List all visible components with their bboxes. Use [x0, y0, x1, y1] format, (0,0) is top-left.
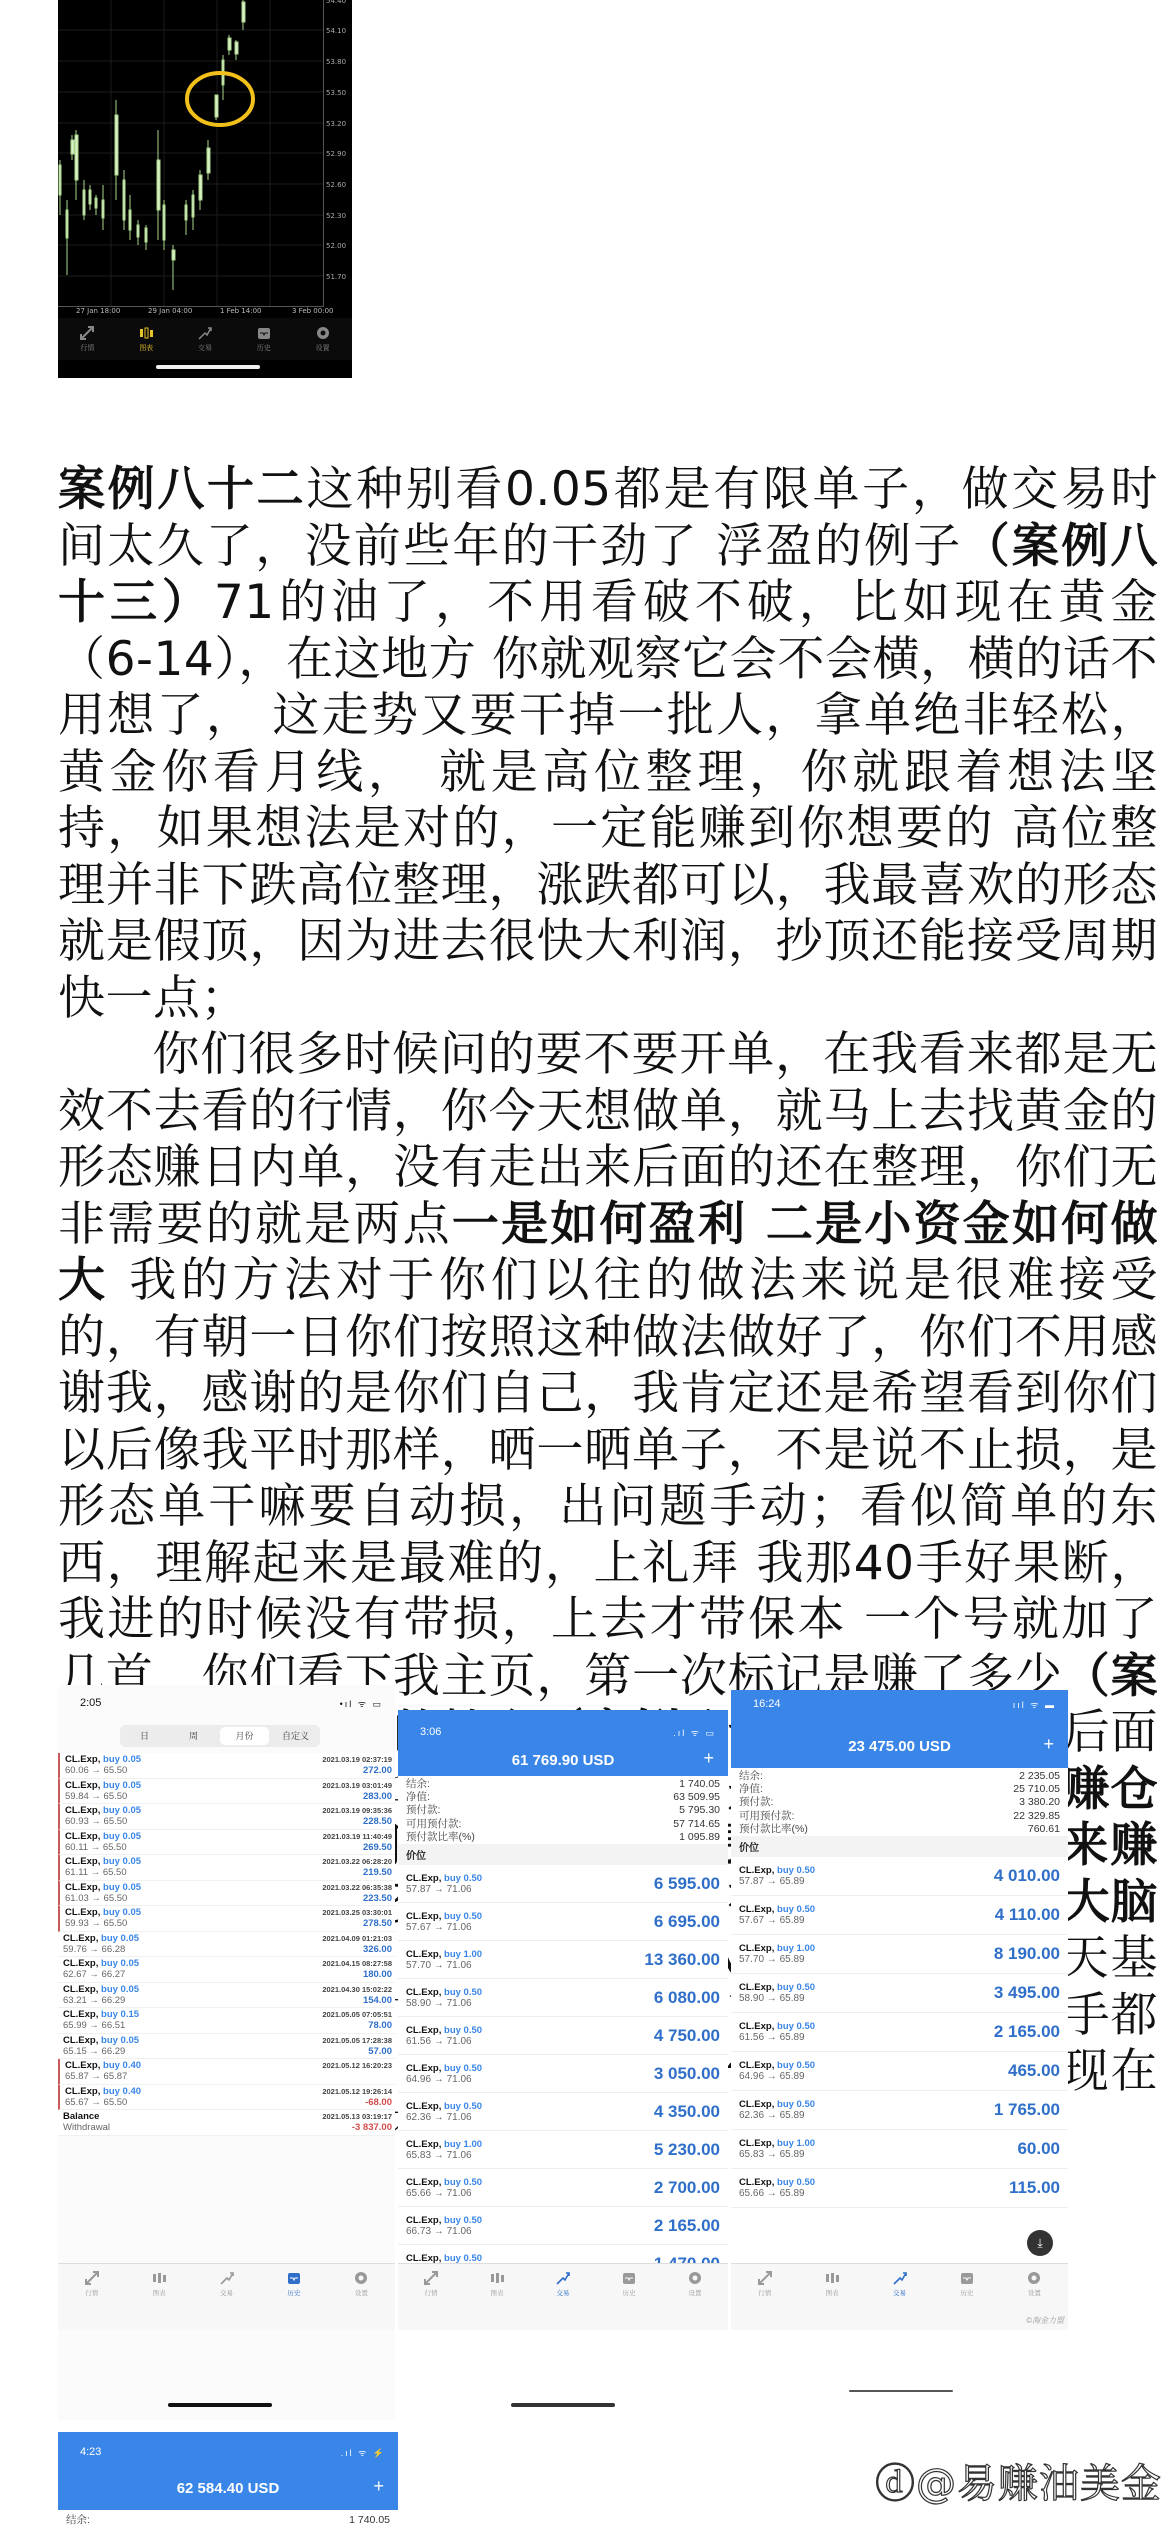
- tab-settings[interactable]: 设置: [293, 318, 352, 360]
- price-range: 64.96 → 65.89: [739, 2071, 815, 2082]
- floating-profit: 1 765.00: [994, 2100, 1060, 2120]
- symbol: CL.Exp, buy 0.50: [739, 2060, 815, 2071]
- position-info: CL.Exp, buy 0.5057.67 → 71.06: [406, 1911, 482, 1933]
- order-side: buy 1.00: [444, 1949, 482, 1960]
- tab-label: 交易: [220, 2288, 233, 2297]
- position-info: CL.Exp, buy 0.5062.36 → 71.06: [406, 2101, 482, 2123]
- tab-label: 行情: [425, 2288, 438, 2297]
- home-indicator: [156, 365, 260, 369]
- account-label: 结余:: [66, 2514, 90, 2527]
- account-header: 4:23 .ıl ᯤ ⚡ 62 584.40 USD +: [58, 2432, 398, 2510]
- symbol-name: CL.Exp,: [406, 1987, 441, 1998]
- position-info: CL.Exp, buy 0.5065.66 → 65.89: [739, 2177, 815, 2199]
- order-side: buy 0.05: [101, 1933, 139, 1944]
- position-row[interactable]: CL.Exp, buy 0.5057.67 → 71.066 695.00: [398, 1903, 728, 1941]
- profit: 154.00: [363, 1995, 392, 2006]
- y-tick: 54.10: [326, 27, 346, 35]
- position-row[interactable]: CL.Exp, buy 0.5057.87 → 71.066 595.00: [398, 1865, 728, 1903]
- author-watermark: ⓓ@易赚油美金: [875, 2452, 1162, 2509]
- order-side: buy 0.05: [103, 1907, 141, 1918]
- order-side: buy 0.05: [103, 1754, 141, 1765]
- symbol-name: CL.Exp,: [406, 1949, 441, 1960]
- chart-tabbar: 行情 图表 交易 历史 设置: [58, 318, 352, 360]
- price-range: 60.11 → 65.50: [65, 1842, 127, 1853]
- order-side: buy 0.50: [777, 2021, 815, 2032]
- segment-day[interactable]: 日: [120, 1725, 169, 1747]
- order-side: buy 0.40: [103, 2086, 141, 2097]
- y-tick: 52.30: [326, 212, 346, 220]
- order-side: buy 0.50: [444, 2101, 482, 2112]
- status-time: 4:23: [80, 2446, 101, 2458]
- symbol-name: CL.Exp,: [739, 1982, 774, 1993]
- price-range: 60.06 → 65.50: [65, 1765, 127, 1776]
- account-row: 可用预付款:22 329.85: [731, 1810, 1068, 1823]
- symbol: CL.Exp, buy 0.50: [739, 1865, 815, 1876]
- order-side: buy 0.50: [444, 1987, 482, 1998]
- position-info: CL.Exp, buy 1.0057.70 → 65.89: [739, 1943, 815, 1965]
- symbol: CL.Exp, buy 0.05: [63, 2035, 139, 2046]
- position-info: CL.Exp, buy 0.5058.90 → 65.89: [739, 1982, 815, 2004]
- position-row[interactable]: CL.Exp, buy 1.0057.70 → 71.0613 360.00: [398, 1941, 728, 1979]
- tab-quotes[interactable]: 行情: [58, 2264, 125, 2330]
- position-row[interactable]: CL.Exp, buy 0.5058.90 → 71.066 080.00: [398, 1979, 728, 2017]
- symbol: CL.Exp, buy 0.05: [65, 1882, 141, 1893]
- symbol: CL.Exp, buy 0.50: [406, 2215, 482, 2226]
- symbol: CL.Exp, buy 0.05: [63, 1984, 139, 1995]
- tab-label: 历史: [960, 2288, 973, 2297]
- price-range: 61.56 → 65.89: [739, 2032, 815, 2043]
- history-row[interactable]: CL.Exp, buy 0.0561.03 → 65.502021.03.22 …: [58, 1881, 395, 1907]
- account-label: 预付款:: [406, 1804, 440, 1817]
- account-value: 5 795.30: [679, 1804, 720, 1817]
- y-tick: 54.40: [326, 0, 346, 5]
- y-axis-ticks: 54.40 54.10 53.80 53.50 53.20 52.90 52.6…: [325, 0, 352, 306]
- symbol-name: CL.Exp,: [65, 1754, 100, 1765]
- floating-profit: 2 165.00: [654, 2216, 720, 2236]
- balance-title: 61 769.90 USD: [398, 1752, 728, 1769]
- trade-icon: [892, 2270, 908, 2286]
- symbol: CL.Exp, buy 0.05: [65, 1805, 141, 1816]
- symbol: CL.Exp, buy 0.40: [65, 2060, 141, 2071]
- floating-profit: 3 050.00: [654, 2064, 720, 2084]
- profit: 223.50: [363, 1893, 392, 1904]
- position-row[interactable]: CL.Exp, buy 0.5061.56 → 65.892 165.00: [731, 2013, 1068, 2052]
- position-row[interactable]: CL.Exp, buy 0.5064.96 → 71.063 050.00: [398, 2055, 728, 2093]
- account-summary: 结余:1 740.05净值:63 509.95预付款:5 795.30可用预付款…: [398, 1776, 728, 1844]
- tab-history[interactable]: 历史: [260, 2264, 327, 2330]
- symbol: CL.Exp, buy 1.00: [739, 2138, 815, 2149]
- order-side: buy 0.50: [777, 1904, 815, 1915]
- position-info: CL.Exp, buy 0.5066.73 → 71.06: [406, 2215, 482, 2237]
- status-icons: •ıl ᯤ ▭: [340, 1697, 383, 1710]
- symbol-name: CL.Exp,: [739, 1865, 774, 1876]
- order-side: buy 1.00: [444, 2139, 482, 2150]
- order-side: buy 0.05: [101, 1958, 139, 1969]
- tab-label: 设置: [689, 2288, 702, 2297]
- price-range: 62.67 → 66.27: [63, 1969, 125, 1980]
- order-side: buy 0.50: [777, 1982, 815, 1993]
- order-side: buy 0.50: [444, 2215, 482, 2226]
- price-range: 63.21 → 66.29: [63, 1995, 125, 2006]
- symbol: CL.Exp, buy 0.50: [406, 1873, 482, 1884]
- profit: 278.50: [363, 1918, 392, 1929]
- history-row[interactable]: CL.Exp, buy 0.0559.93 → 65.502021.03.25 …: [58, 1906, 395, 1932]
- profit: 269.50: [363, 1842, 392, 1853]
- account-label: 净值:: [739, 1783, 763, 1796]
- position-row[interactable]: CL.Exp, buy 0.5065.66 → 65.89115.00: [731, 2169, 1068, 2208]
- tab-label: 交易: [557, 2288, 570, 2297]
- price-range: 61.11 → 65.50: [65, 1867, 127, 1878]
- balance-title: 23 475.00 USD: [731, 1738, 1068, 1755]
- price-range: 65.99 → 66.51: [63, 2020, 125, 2031]
- order-side: buy 0.05: [103, 1831, 141, 1842]
- timestamp: 2021.04.09 01:21:03: [322, 1934, 392, 1943]
- tab-label: 交易: [893, 2288, 906, 2297]
- segment-month[interactable]: 月份: [220, 1727, 269, 1745]
- timestamp: 2021.03.19 03:01:49: [322, 1781, 392, 1790]
- add-order-button[interactable]: +: [1043, 1734, 1054, 1755]
- quotes-icon: [79, 325, 95, 341]
- tab-settings[interactable]: 设置: [662, 2264, 728, 2330]
- status-icons: .ıl ᯤ ▭: [673, 1726, 716, 1739]
- position-info: CL.Exp, buy 1.0057.70 → 71.06: [406, 1949, 482, 1971]
- account-row: 净值:25 710.05: [731, 1783, 1068, 1796]
- floating-profit: 2 700.00: [654, 2178, 720, 2198]
- tab-label: 图表: [153, 2288, 166, 2297]
- symbol: CL.Exp, buy 1.00: [406, 1949, 482, 1960]
- order-side: buy 0.05: [103, 1780, 141, 1791]
- profit: 180.00: [363, 1969, 392, 1980]
- price-range: 59.76 → 66.28: [63, 1944, 125, 1955]
- account-value: 2 235.05: [1019, 1770, 1060, 1783]
- quotes-icon: [84, 2270, 100, 2286]
- symbol-name: CL.Exp,: [63, 2009, 98, 2020]
- position-row[interactable]: CL.Exp, buy 0.5057.87 → 65.894 010.00: [731, 1857, 1068, 1896]
- y-tick: 52.60: [326, 181, 346, 189]
- settings-icon: [1026, 2270, 1042, 2286]
- account-label: 结余:: [406, 1778, 430, 1791]
- symbol: CL.Exp, buy 0.50: [406, 1987, 482, 1998]
- history-icon: [959, 2270, 975, 2286]
- tab-trade[interactable]: 交易: [530, 2264, 596, 2330]
- symbol-name: CL.Exp,: [406, 2177, 441, 2188]
- order-side: buy 0.05: [101, 2035, 139, 2046]
- order-side: buy 0.05: [101, 1984, 139, 1995]
- tab-label: 行情: [758, 2288, 771, 2297]
- position-row[interactable]: CL.Exp, buy 0.5058.90 → 65.893 495.00: [731, 1974, 1068, 2013]
- symbol-name: CL.Exp,: [739, 2099, 774, 2110]
- tab-label: 历史: [287, 2288, 300, 2297]
- position-row[interactable]: CL.Exp, buy 0.5057.67 → 65.894 110.00: [731, 1896, 1068, 1935]
- price-range: 65.87 → 65.87: [65, 2071, 127, 2082]
- order-side: buy 0.50: [444, 2025, 482, 2036]
- order-side: buy 0.50: [444, 2253, 482, 2264]
- order-side: buy 0.50: [777, 2177, 815, 2188]
- symbol: CL.Exp, buy 1.00: [739, 1943, 815, 1954]
- home-indicator: [168, 2403, 272, 2407]
- position-row[interactable]: CL.Exp, buy 0.5061.56 → 71.064 750.00: [398, 2017, 728, 2055]
- tab-quotes[interactable]: 行情: [731, 2264, 798, 2330]
- withdrawal-amount: -3 837.00: [352, 2122, 392, 2133]
- symbol: CL.Exp, buy 0.50: [406, 2063, 482, 2074]
- symbol-name: CL.Exp,: [739, 2177, 774, 2188]
- account-label: 可用预付款:: [406, 1818, 461, 1831]
- symbol-name: CL.Exp,: [65, 1780, 100, 1791]
- history-tabbar: 行情图表交易历史设置: [58, 2263, 395, 2330]
- account-label: 可用预付款:: [739, 1810, 794, 1823]
- y-tick: 53.20: [326, 120, 346, 128]
- symbol: CL.Exp, buy 0.50: [739, 2021, 815, 2032]
- order-side: buy 1.00: [777, 1943, 815, 1954]
- profit: 78.00: [368, 2020, 392, 2031]
- position-row[interactable]: CL.Exp, buy 1.0057.70 → 65.898 190.00: [731, 1935, 1068, 1974]
- symbol-name: CL.Exp,: [63, 1984, 98, 1995]
- position-row[interactable]: CL.Exp, buy 0.5062.36 → 71.064 350.00: [398, 2093, 728, 2131]
- symbol: CL.Exp, buy 0.05: [63, 1958, 139, 1969]
- case-82-heading: 案例八十二: [58, 462, 306, 517]
- tab-chart[interactable]: 图表: [798, 2264, 865, 2330]
- position-row[interactable]: CL.Exp, buy 0.5066.73 → 71.062 165.00: [398, 2207, 728, 2245]
- quotes-icon: [757, 2270, 773, 2286]
- price-range: 65.66 → 71.06: [406, 2188, 482, 2199]
- position-info: CL.Exp, buy 0.5062.36 → 65.89: [739, 2099, 815, 2121]
- symbol-name: CL.Exp,: [739, 2060, 774, 2071]
- symbol-name: CL.Exp,: [406, 1873, 441, 1884]
- position-row[interactable]: CL.Exp, buy 1.0065.83 → 71.065 230.00: [398, 2131, 728, 2169]
- y-tick: 53.80: [326, 58, 346, 66]
- x-tick: 1 Feb 14:00: [220, 307, 261, 315]
- symbol-name: CL.Exp,: [63, 1958, 98, 1969]
- position-info: CL.Exp, buy 0.5064.96 → 65.89: [739, 2060, 815, 2082]
- quotes-icon: [423, 2270, 439, 2286]
- timestamp: 2021.03.22 06:35:38: [322, 1883, 392, 1892]
- position-row[interactable]: CL.Exp, buy 1.0065.83 → 65.8960.00: [731, 2130, 1068, 2169]
- tab-chart[interactable]: 图表: [117, 318, 176, 360]
- position-info: CL.Exp, buy 0.5057.87 → 71.06: [406, 1873, 482, 1895]
- text-segment: 我的方法对于你们以往的做法来说是很难接受的，有朝一日你们按照这种做法做好了，你们…: [58, 1253, 1158, 1704]
- history-row[interactable]: CL.Exp, buy 0.0565.15 → 66.292021.05.05 …: [58, 2034, 395, 2060]
- timestamp: 2021.03.19 02:37:19: [322, 1755, 392, 1764]
- symbol-name: CL.Exp,: [63, 1933, 98, 1944]
- history-screenshot: 2:05 •ıl ᯤ ▭ 日 周 月份 自定义 CL.Exp, buy 0.05…: [58, 1685, 395, 2420]
- symbol: CL.Exp, buy 0.50: [739, 2099, 815, 2110]
- position-row[interactable]: CL.Exp, buy 0.5064.96 → 65.89465.00: [731, 2052, 1068, 2091]
- price-range: 65.66 → 65.89: [739, 2188, 815, 2199]
- order-side: buy 0.50: [777, 2099, 815, 2110]
- floating-profit: 60.00: [1017, 2139, 1060, 2159]
- price-range: 59.93 → 65.50: [65, 1918, 127, 1929]
- profit: 57.00: [368, 2046, 392, 2057]
- history-row[interactable]: CL.Exp, buy 0.0562.67 → 66.272021.04.15 …: [58, 1957, 395, 1983]
- price-range: 65.15 → 66.29: [63, 2046, 125, 2057]
- history-row[interactable]: CL.Exp, buy 0.0559.76 → 66.282021.04.09 …: [58, 1932, 395, 1958]
- timestamp: 2021.04.30 15:02:22: [322, 1985, 392, 1994]
- symbol: CL.Exp, buy 0.50: [406, 1911, 482, 1922]
- trade-tabbar: 行情图表交易历史设置: [398, 2263, 728, 2330]
- history-row[interactable]: CL.Exp, buy 0.0561.11 → 65.502021.03.22 …: [58, 1855, 395, 1881]
- balance-row[interactable]: BalanceWithdrawal2021.05.13 03:19:17-3 8…: [58, 2110, 395, 2136]
- order-side: buy 0.50: [444, 2063, 482, 2074]
- history-row[interactable]: CL.Exp, buy 0.0559.84 → 65.502021.03.19 …: [58, 1779, 395, 1805]
- account-row: 预付款:5 795.30: [398, 1804, 728, 1817]
- account-value: 22 329.85: [1013, 1810, 1060, 1823]
- y-tick: 52.90: [326, 150, 346, 158]
- trade-screenshot-1: 3:06 .ıl ᯤ ▭ 61 769.90 USD + 结余:1 740.05…: [398, 1710, 728, 2420]
- segment-custom[interactable]: 自定义: [271, 1725, 320, 1747]
- symbol-name: CL.Exp,: [739, 2021, 774, 2032]
- account-label: 预付款:: [739, 1796, 773, 1809]
- tab-label: 图表: [491, 2288, 504, 2297]
- history-row[interactable]: CL.Exp, buy 0.0563.21 → 66.292021.04.30 …: [58, 1983, 395, 2009]
- history-row[interactable]: CL.Exp, buy 0.0560.11 → 65.502021.03.19 …: [58, 1830, 395, 1856]
- symbol: CL.Exp, buy 0.50: [406, 2025, 482, 2036]
- order-side: buy 0.40: [103, 2060, 141, 2071]
- price-range: 64.96 → 71.06: [406, 2074, 482, 2085]
- history-icon: [256, 325, 272, 341]
- timestamp: 2021.04.15 08:27:58: [322, 1959, 392, 1968]
- symbol: CL.Exp, buy 0.05: [65, 1907, 141, 1918]
- floating-profit: 6 080.00: [654, 1988, 720, 2008]
- tab-chart[interactable]: 图表: [125, 2264, 192, 2330]
- floating-profit: 6 695.00: [654, 1912, 720, 1932]
- settings-icon: [687, 2270, 703, 2286]
- x-tick: 29 Jan 04:00: [148, 307, 192, 315]
- symbol-name: CL.Exp,: [406, 2063, 441, 2074]
- order-side: buy 0.50: [444, 1873, 482, 1884]
- floating-profit: 4 750.00: [654, 2026, 720, 2046]
- history-row[interactable]: CL.Exp, buy 0.0560.06 → 65.502021.03.19 …: [58, 1753, 395, 1779]
- tab-chart[interactable]: 图表: [464, 2264, 530, 2330]
- account-label: 结余:: [739, 1770, 763, 1783]
- price-range: 59.84 → 65.50: [65, 1791, 127, 1802]
- account-row: 结余:2 235.05: [731, 1770, 1068, 1783]
- position-info: CL.Exp, buy 0.5057.67 → 65.89: [739, 1904, 815, 1926]
- floating-profit: 5 230.00: [654, 2140, 720, 2160]
- symbol: CL.Exp, buy 0.15: [63, 2009, 139, 2020]
- account-value: 1 095.89: [679, 1831, 720, 1844]
- tab-label: 行情: [80, 343, 94, 353]
- symbol: CL.Exp, buy 0.05: [63, 1933, 139, 1944]
- positions-section-header: 价位: [398, 1844, 728, 1865]
- symbol-name: CL.Exp,: [406, 2139, 441, 2150]
- status-time: 2:05: [80, 1697, 101, 1709]
- symbol-name: CL.Exp,: [65, 2060, 100, 2071]
- tab-quotes[interactable]: 行情: [58, 318, 117, 360]
- symbol: CL.Exp, buy 0.50: [739, 1904, 815, 1915]
- tab-history[interactable]: 历史: [596, 2264, 662, 2330]
- tab-label: 行情: [85, 2288, 98, 2297]
- download-icon[interactable]: ⤓: [1027, 2230, 1053, 2256]
- symbol-name: CL.Exp,: [739, 1943, 774, 1954]
- segment-week[interactable]: 周: [169, 1725, 218, 1747]
- symbol-name: CL.Exp,: [65, 1882, 100, 1893]
- trade-tabbar: 行情图表交易历史设置: [731, 2263, 1068, 2330]
- account-value: 25 710.05: [1013, 1783, 1060, 1796]
- status-icons: .ıl ᯤ ⚡: [341, 2446, 386, 2459]
- tab-trade[interactable]: 交易: [193, 2264, 260, 2330]
- timestamp: 2021.05.12 19:26:14: [322, 2087, 392, 2096]
- symbol-name: CL.Exp,: [739, 1904, 774, 1915]
- position-info: CL.Exp, buy 0.5057.87 → 65.89: [739, 1865, 815, 1887]
- settings-icon: [353, 2270, 369, 2286]
- symbol-name: CL.Exp,: [65, 1856, 100, 1867]
- price-range: 57.67 → 65.89: [739, 1915, 815, 1926]
- tab-label: 交易: [198, 343, 212, 353]
- timestamp: 2021.05.13 03:19:17: [322, 2112, 392, 2121]
- order-side: buy 0.50: [444, 2177, 482, 2188]
- position-info: CL.Exp, buy 1.0065.83 → 65.89: [739, 2138, 815, 2160]
- account-label: 预付款比率(%): [739, 1823, 808, 1836]
- balance-label: Balance: [63, 2111, 99, 2122]
- profit: -68.00: [365, 2097, 392, 2108]
- symbol: CL.Exp, buy 0.05: [65, 1856, 141, 1867]
- tab-history[interactable]: 历史: [933, 2264, 1000, 2330]
- symbol: CL.Exp, buy 0.50: [406, 2177, 482, 2188]
- positions-list: CL.Exp, buy 0.5057.87 → 71.066 595.00CL.…: [398, 1865, 728, 2321]
- tab-label: 设置: [1028, 2288, 1041, 2297]
- symbol-name: CL.Exp,: [65, 1907, 100, 1918]
- account-row: 净值:63 509.95: [398, 1791, 728, 1804]
- text-segment: 71的油了，不用看破不破，比如现在黄金（6-14），在这地方 你就观察它会不会横…: [58, 575, 1158, 1026]
- price-range: 65.83 → 71.06: [406, 2150, 482, 2161]
- floating-profit: 6 595.00: [654, 1874, 720, 1894]
- chart-candles-icon: [138, 325, 154, 341]
- tab-trade[interactable]: 交易: [866, 2264, 933, 2330]
- account-row: 预付款比率(%)760.61: [731, 1823, 1068, 1836]
- symbol-name: CL.Exp,: [739, 2138, 774, 2149]
- history-row[interactable]: CL.Exp, buy 0.4065.67 → 65.502021.05.12 …: [58, 2085, 395, 2111]
- candlestick-chart: [58, 0, 324, 307]
- chart-candles-icon: [824, 2270, 840, 2286]
- chart-candles-icon: [489, 2270, 505, 2286]
- trade-icon: [555, 2270, 571, 2286]
- floating-profit: 4 350.00: [654, 2102, 720, 2122]
- order-side: buy 0.50: [777, 1865, 815, 1876]
- order-side: buy 0.05: [103, 1882, 141, 1893]
- symbol-name: CL.Exp,: [406, 2253, 441, 2264]
- tab-trade[interactable]: 交易: [176, 318, 235, 360]
- position-row[interactable]: CL.Exp, buy 0.5062.36 → 65.891 765.00: [731, 2091, 1068, 2130]
- symbol: CL.Exp, buy 1.00: [406, 2139, 482, 2150]
- chart-candles-icon: [151, 2270, 167, 2286]
- position-row[interactable]: CL.Exp, buy 0.5065.66 → 71.062 700.00: [398, 2169, 728, 2207]
- timestamp: 2021.03.22 06:28:20: [322, 1857, 392, 1866]
- position-info: CL.Exp, buy 0.5064.96 → 71.06: [406, 2063, 482, 2085]
- symbol-name: CL.Exp,: [65, 1805, 100, 1816]
- paragraph-1: 案例八十二这种别看0.05都是有限单子，做交易时间太久了，没前些年的干劲了 浮盈…: [58, 462, 1158, 1027]
- history-row[interactable]: CL.Exp, buy 0.4065.87 → 65.872021.05.12 …: [58, 2059, 395, 2085]
- order-side: buy 0.05: [103, 1856, 141, 1867]
- status-time: 3:06: [420, 1726, 441, 1738]
- history-row[interactable]: CL.Exp, buy 0.0560.93 → 65.502021.03.19 …: [58, 1804, 395, 1830]
- floating-profit: 4 110.00: [995, 1905, 1060, 1925]
- period-segmented-control: 日 周 月份 自定义: [120, 1725, 320, 1747]
- tab-quotes[interactable]: 行情: [398, 2264, 464, 2330]
- tab-settings[interactable]: 设置: [328, 2264, 395, 2330]
- account-header: 3:06 .ıl ᯤ ▭ 61 769.90 USD +: [398, 1710, 728, 1776]
- history-row[interactable]: CL.Exp, buy 0.1565.99 → 66.512021.05.05 …: [58, 2008, 395, 2034]
- add-order-button[interactable]: +: [373, 2476, 384, 2497]
- account-value: 63 509.95: [673, 1791, 720, 1804]
- symbol-name: CL.Exp,: [406, 1911, 441, 1922]
- add-order-button[interactable]: +: [703, 1748, 714, 1769]
- x-tick: 27 Jan 18:00: [76, 307, 120, 315]
- position-info: CL.Exp, buy 1.0065.83 → 71.06: [406, 2139, 482, 2161]
- tab-history[interactable]: 历史: [234, 318, 293, 360]
- price-range: 57.87 → 71.06: [406, 1884, 482, 1895]
- tab-label: 图表: [826, 2288, 839, 2297]
- chart-screenshot: 54.40 54.10 53.80 53.50 53.20 52.90 52.6…: [58, 0, 352, 378]
